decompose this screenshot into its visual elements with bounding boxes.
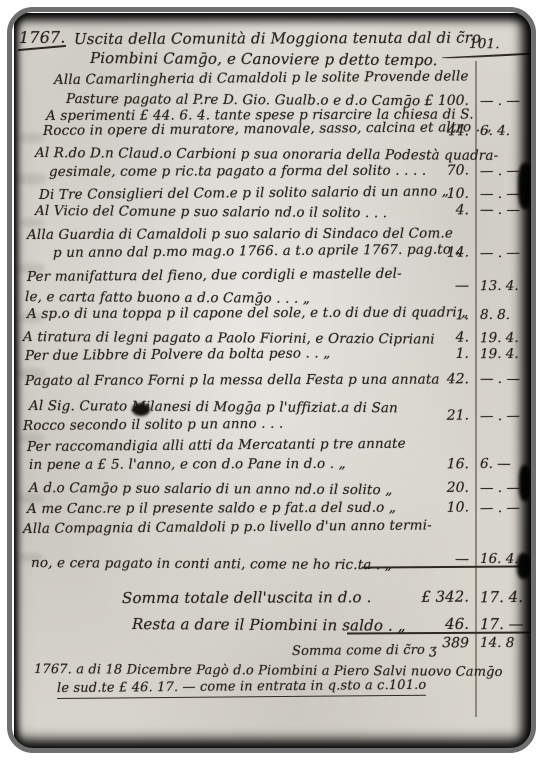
entry-03-amount-lire: 70.	[359, 163, 469, 180]
entry-08-amount-soldi-denari: 8. 8.	[480, 307, 531, 323]
folio-number: 101.	[469, 37, 500, 53]
page-title-line-1: Uscita della Comunità di Moggiona tenuta…	[74, 30, 481, 49]
total-amount-lire: £ 342.	[359, 588, 469, 607]
entry-12-line-1: Al Sig. Curato Milanesi di Mogḡa p l'uff…	[29, 399, 398, 417]
grand-total-amount-lire: 389	[359, 635, 469, 652]
entry-10-amount-soldi-denari: 19. 4.	[480, 346, 531, 362]
grand-total-amount-soldi-denari: 14. 8	[480, 635, 531, 651]
entry-10-amount-lire: 1.	[359, 346, 469, 362]
entry-07-line-1: Per manifattura del fieno, due cordigli …	[27, 267, 402, 286]
footer-note-line-2: le sud.te £ 46. 17. — come in entrata in…	[57, 679, 427, 699]
entry-10-line-1: Per due Libbre di Polvere da bolta peso …	[25, 346, 331, 364]
scan-edge-blob	[519, 465, 531, 501]
page-title-line-2: Piombini Camḡo, e Canoviere p detto temp…	[90, 50, 438, 69]
entry-04-amount-lire: 10.	[359, 186, 469, 202]
year-label: 1767.	[19, 29, 66, 48]
manuscript-scan: 1767. Uscita della Comunità di Moggiona …	[14, 13, 531, 750]
entry-05-amount-lire: 4.	[359, 202, 469, 219]
entry-13-amount-lire: 16.	[359, 456, 469, 473]
total-amount-soldi-denari: 17. 4.	[480, 588, 531, 607]
balance-due-amount-soldi-denari: 17. —	[480, 615, 531, 633]
entry-15-line-1: A me Canc.re p il presente saldo e p fat…	[27, 501, 396, 518]
total-label: Somma totale dell'uscita in d.o .	[122, 589, 372, 607]
entry-09-amount-soldi-denari: 19. 4.	[480, 330, 531, 347]
entry-06-line-1: Alla Guardia di Camaldoli p suo salario …	[27, 227, 453, 244]
entry-16-line-1: Alla Compagnia di Camaldoli p p.o livell…	[23, 518, 432, 537]
entry-02-amount-soldi-denari: 6. 4.	[480, 123, 531, 139]
entry-07-amount-lire: —	[359, 278, 469, 294]
entry-11-amount-lire: 42.	[359, 371, 469, 388]
entry-01-line-1: Alla Camarlingheria di Camaldoli p le so…	[54, 69, 469, 88]
entry-05-line-1: Al Vicio del Comune p suo salario nd.o i…	[35, 204, 387, 222]
entry-15-amount-soldi-denari: — . —	[480, 500, 531, 517]
entry-12-amount-soldi-denari: — . —	[480, 408, 531, 425]
folio-underline	[442, 53, 531, 59]
entry-13-line-1: Per raccomandigia alli atti da Mercatant…	[27, 437, 406, 456]
entry-09-amount-lire: 4.	[359, 330, 469, 347]
entry-12-amount-lire: 21.	[359, 408, 469, 425]
footer-note-line-1: 1767. a di 18 Dicembre Pagò d.o Piombini…	[34, 663, 503, 681]
entry-02-amount-lire: 44.	[359, 123, 469, 140]
ink-blot	[132, 403, 150, 416]
entry-14-line-1: A d.o Camḡo p suo salario di un anno nd.…	[29, 481, 392, 499]
bleedthrough-mark	[16, 173, 46, 185]
scan-edge-blob	[518, 163, 531, 209]
entry-14-amount-lire: 20.	[359, 480, 469, 496]
entry-06-amount-lire: 14.	[359, 245, 469, 262]
entry-03-line-1: Al R.do D.n Claud.o Carbioni p sua onora…	[35, 146, 498, 164]
entry-07-amount-soldi-denari: 13. 4.	[480, 278, 531, 294]
entry-11-amount-soldi-denari: — . —	[480, 371, 531, 387]
entry-01-amount-soldi-denari: — . —	[480, 93, 531, 109]
balance-due-amount-lire: 46.	[359, 615, 469, 633]
entry-16-line-2: no, e cera pagato in conti anti, come ne…	[31, 556, 392, 574]
entry-06-amount-soldi-denari: — . —	[480, 245, 531, 262]
document-viewer: { "document": { "type": "manoscritto con…	[0, 0, 543, 760]
entry-12-line-2: Rocco secondo il solito p un anno . . .	[23, 417, 284, 435]
entry-16-amount-lire: —	[359, 551, 469, 568]
bleedthrough-mark	[18, 133, 44, 143]
entry-13-line-2: in pene a £ 5. l'anno, e con d.o Pane in…	[29, 457, 346, 474]
scan-edge-blob	[517, 553, 531, 579]
entry-08-amount-lire: 1.	[359, 307, 469, 324]
entry-15-amount-lire: 10.	[359, 500, 469, 517]
